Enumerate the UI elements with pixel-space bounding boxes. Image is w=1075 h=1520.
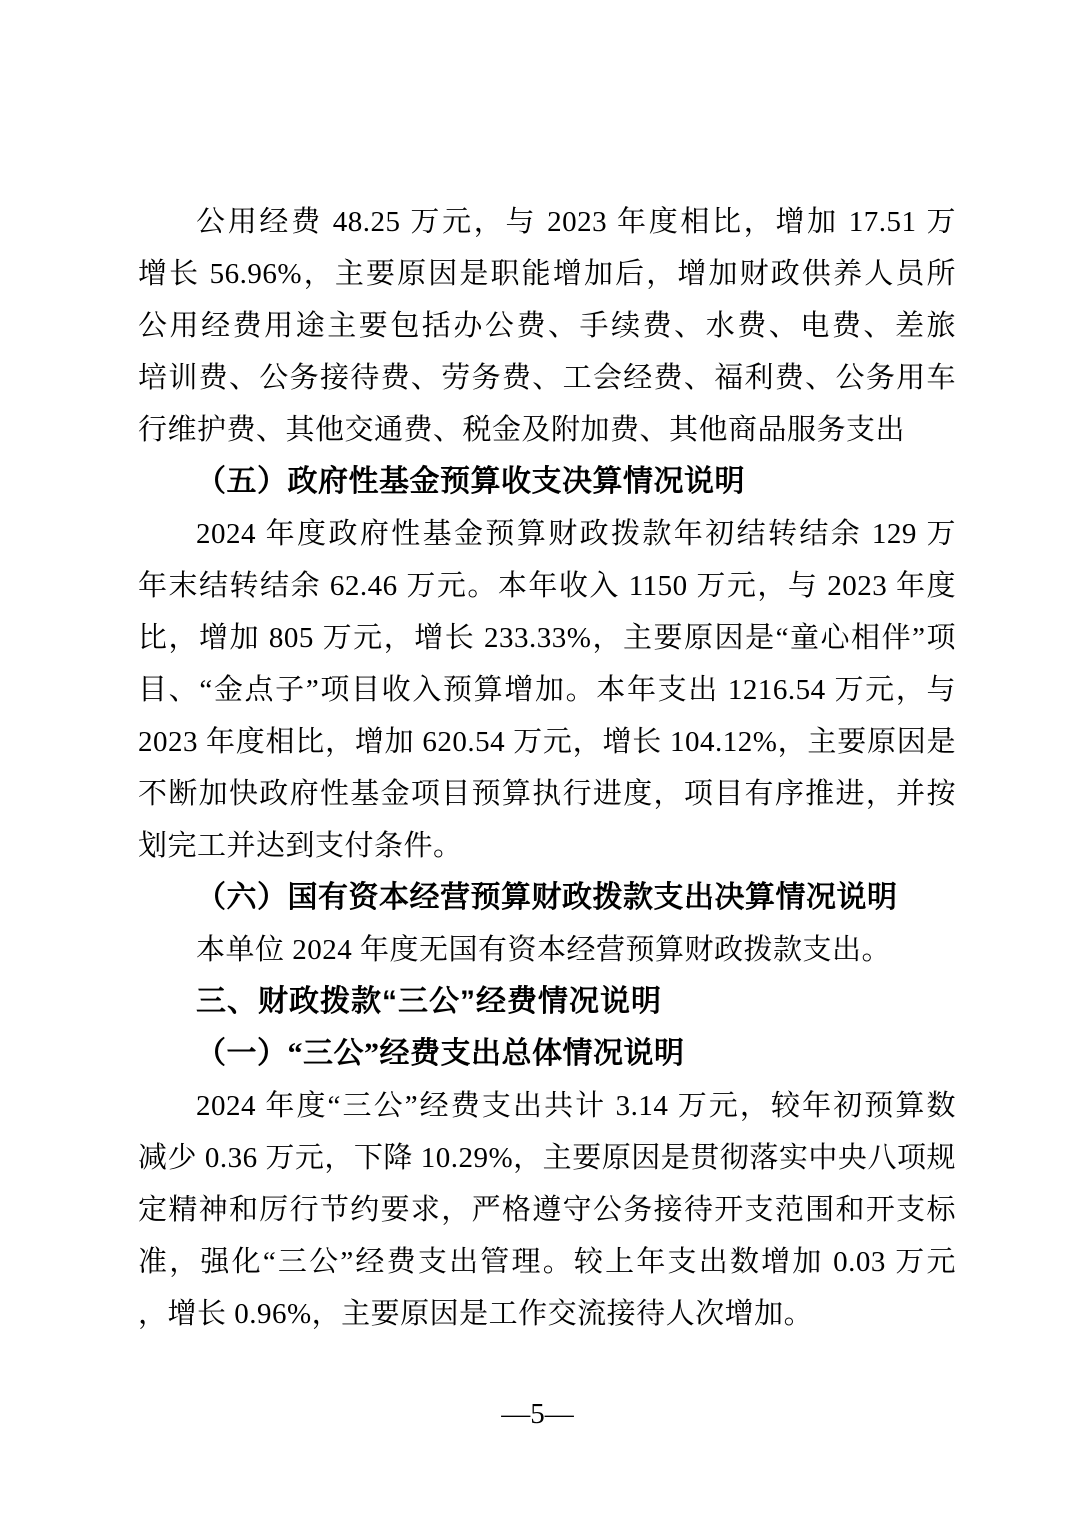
text-line: 目、“金点子”项目收入预算增加。本年支出 1216.54 万元，与 [138,664,956,716]
text-line: 培训费、公务接待费、劳务费、工会经费、福利费、公务用车运 [138,352,956,404]
text-line: 公用经费用途主要包括办公费、手续费、水费、电费、差旅费、 [138,300,956,352]
text-line: 行维护费、其他交通费、税金及附加费、其他商品服务支出等。 [138,404,956,456]
text-line: 2024 年度政府性基金预算财政拨款年初结转结余 129 万元， [138,508,956,560]
document-body: 公用经费 48.25 万元，与 2023 年度相比，增加 17.51 万元，增长… [138,196,956,1340]
text-line: 公用经费 48.25 万元，与 2023 年度相比，增加 17.51 万元， [138,196,956,248]
text-line: 比，增加 805 万元，增长 233.33%，主要原因是“童心相伴”项 [138,612,956,664]
section-heading: （六）国有资本经营预算财政拨款支出决算情况说明 [138,872,956,924]
section-heading: （五）政府性基金预算收支决算情况说明 [138,456,956,508]
text-line: 增长 56.96%，主要原因是职能增加后，增加财政供养人员所致。 [138,248,956,300]
text-line: 准，强化“三公”经费支出管理。较上年支出数增加 0.03 万元 [138,1236,956,1288]
text-line: 本单位 2024 年度无国有资本经营预算财政拨款支出。 [138,924,956,976]
text-line: 不断加快政府性基金项目预算执行进度，项目有序推进，并按计 [138,768,956,820]
document-page: 公用经费 48.25 万元，与 2023 年度相比，增加 17.51 万元，增长… [0,0,1075,1520]
section-heading: 三、财政拨款“三公”经费情况说明 [138,976,956,1028]
text-line: 年末结转结余 62.46 万元。本年收入 1150 万元，与 2023 年度相 [138,560,956,612]
text-line: ，增长 0.96%，主要原因是工作交流接待人次增加。 [138,1288,956,1340]
text-line: 减少 0.36 万元，下降 10.29%，主要原因是贯彻落实中央八项规 [138,1132,956,1184]
text-line: 划完工并达到支付条件。 [138,820,956,872]
page-number: —5— [0,1398,1075,1431]
text-line: 2023 年度相比，增加 620.54 万元，增长 104.12%，主要原因是 [138,716,956,768]
text-line: 定精神和厉行节约要求，严格遵守公务接待开支范围和开支标 [138,1184,956,1236]
section-heading: （一）“三公”经费支出总体情况说明 [138,1028,956,1080]
text-line: 2024 年度“三公”经费支出共计 3.14 万元，较年初预算数 [138,1080,956,1132]
